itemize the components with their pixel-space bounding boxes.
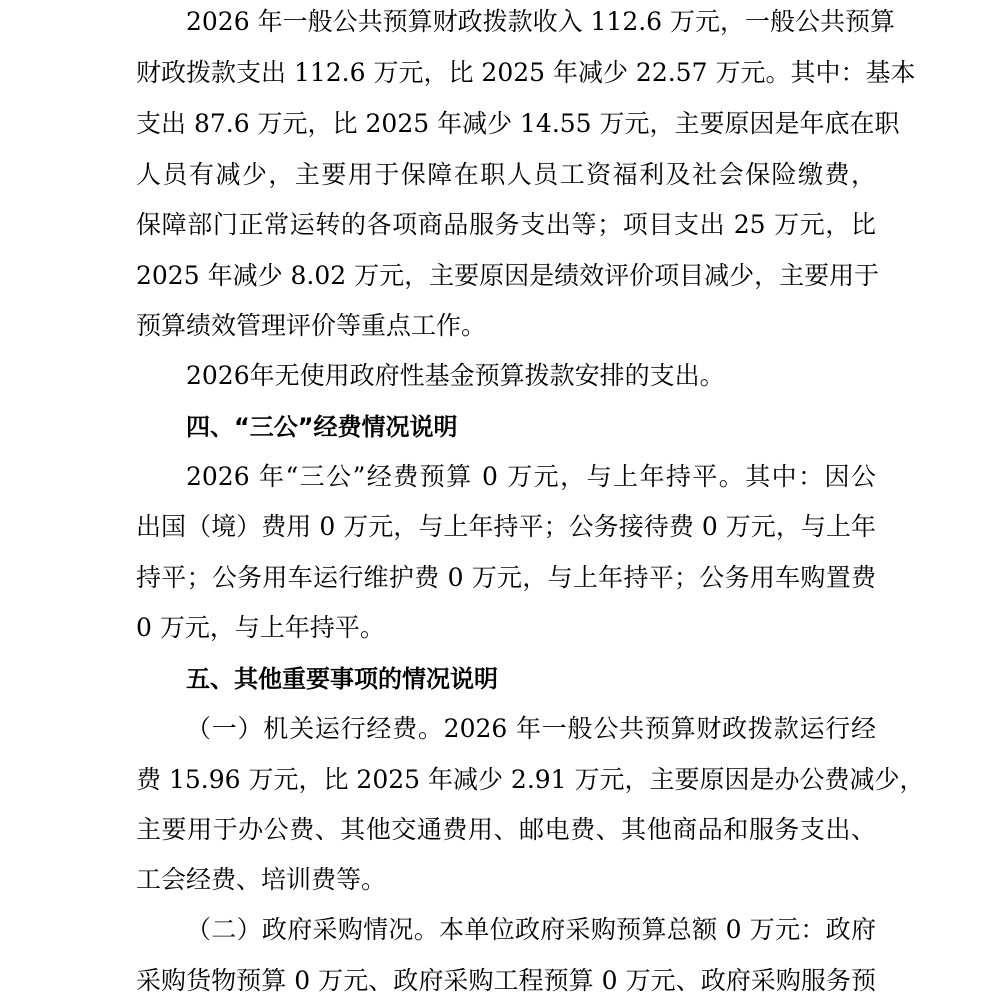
paragraph-2-line-1: 2026年无使用政府性基金预算拨款安排的支出。 <box>186 356 876 396</box>
paragraph-1-line-5: 保障部门正常运转的各项商品服务支出等；项目支出 25 万元，比 <box>136 205 876 245</box>
paragraph-4-line-2: 费 15.96 万元，比 2025 年减少 2.91 万元，主要原因是办公费减少… <box>136 760 876 800</box>
paragraph-1-line-3: 支出 87.6 万元，比 2025 年减少 14.55 万元，主要原因是年底在职 <box>136 104 876 144</box>
paragraph-1-line-4: 人员有减少，主要用于保障在职人员工资福利及社会保险缴费， <box>136 155 876 195</box>
paragraph-1-line-7: 预算绩效管理评价等重点工作。 <box>136 306 876 346</box>
paragraph-3-line-1: 2026 年“三公”经费预算 0 万元，与上年持平。其中：因公 <box>186 457 876 497</box>
paragraph-5-line-2: 采购货物预算 0 万元、政府采购工程预算 0 万元、政府采购服务预 <box>136 961 876 1001</box>
section-heading-4: 四、“三公”经费情况说明 <box>186 407 876 447</box>
paragraph-1-line-6: 2025 年减少 8.02 万元，主要原因是绩效评价项目减少，主要用于 <box>136 256 876 296</box>
paragraph-3-line-4: 0 万元，与上年持平。 <box>136 608 876 648</box>
paragraph-1-line-1: 2026 年一般公共预算财政拨款收入 112.6 万元，一般公共预算 <box>186 2 876 42</box>
paragraph-4-line-4: 工会经费、培训费等。 <box>136 860 876 900</box>
paragraph-1-line-2: 财政拨款支出 112.6 万元，比 2025 年减少 22.57 万元。其中：基… <box>136 53 876 93</box>
paragraph-4-line-3: 主要用于办公费、其他交通费用、邮电费、其他商品和服务支出、 <box>136 810 876 850</box>
paragraph-3-line-3: 持平；公务用车运行维护费 0 万元，与上年持平；公务用车购置费 <box>136 558 876 598</box>
paragraph-3-line-2: 出国（境）费用 0 万元，与上年持平；公务接待费 0 万元，与上年 <box>136 507 876 547</box>
paragraph-4-line-1: （一）机关运行经费。2026 年一般公共预算财政拨款运行经 <box>186 709 876 749</box>
section-heading-5: 五、其他重要事项的情况说明 <box>186 659 876 699</box>
paragraph-5-line-1: （二）政府采购情况。本单位政府采购预算总额 0 万元：政府 <box>186 910 876 950</box>
